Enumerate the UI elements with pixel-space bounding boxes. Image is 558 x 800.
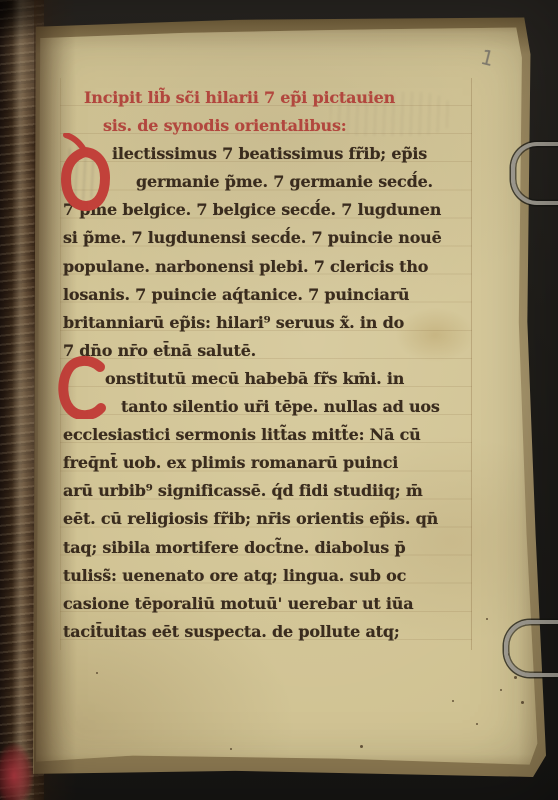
text-block: Incipit lib̃ sc̃i hilarii 7 ep̃i pictaui… — [63, 84, 477, 646]
text-line: ilectissimus 7 beatissimus fr̃ib; ep̃is — [63, 140, 477, 168]
text-line: germanie p̃me. 7 germanie secd́e. — [63, 168, 477, 196]
text-line: arū urbib⁹ significassē. q́d fidi studii… — [63, 477, 477, 505]
speck — [486, 618, 488, 620]
rubric-line: Incipit lib̃ sc̃i hilarii 7 ep̃i pictaui… — [63, 84, 477, 112]
speck — [500, 689, 502, 691]
text-line: britanniarū ep̃is: hilari⁹ seruus x̃. in… — [63, 309, 477, 337]
text-line: 7 dn̄o nr̄o et̄nā salutē. — [63, 337, 477, 365]
text-line: tacit̄uitas eēt suspecta. de pollute atq… — [63, 618, 477, 646]
text-line: si p̃me. 7 lugdunensi secd́e. 7 puincie … — [63, 224, 477, 252]
initial-D-icon: D — [56, 133, 115, 219]
text-line: freq̄nt̄ uob. ex plimis romanarū puinci — [63, 449, 477, 477]
speck — [452, 700, 454, 702]
speck — [96, 672, 98, 674]
text-line: tanto silentio ur̄i tēpe. nullas ad uos — [63, 393, 477, 421]
speck — [514, 676, 517, 679]
text-line: eēt. cū religiosis fr̃ib; nr̄is orientis… — [63, 505, 477, 533]
text-line: onstitutū mecū habebā fr̃s km̄i. in — [63, 365, 477, 393]
text-line: taq; sibila mortifere doct̃ne. diabolus … — [63, 534, 477, 562]
speck — [230, 748, 232, 750]
text-line: populane. narbonensi plebi. 7 clericis t… — [63, 253, 477, 281]
metal-clip-icon — [511, 142, 558, 205]
manuscript-photo: 1 D C Incipit lib̃ sc̃i hilarii 7 ep̃i p… — [0, 0, 558, 800]
text-line: losanis. 7 puincie aq́tanice. 7 puinciar… — [63, 281, 477, 309]
speck — [476, 723, 478, 725]
text-line: 7 p̃me belgice. 7 belgice secd́e. 7 lugd… — [63, 196, 477, 224]
speck — [360, 745, 363, 748]
speck — [521, 701, 524, 704]
text-line: ecclesiastici sermonis litt̃as mitt̃e: N… — [63, 421, 477, 449]
rubric-line: sis. de synodis orientalibus: — [63, 112, 477, 140]
initial-C-icon: C — [58, 355, 111, 423]
metal-clip-icon — [504, 620, 558, 677]
text-line: tuliss̃: uenenato ore atq; lingua. sub o… — [63, 562, 477, 590]
text-line: casione tēporaliū motuū' uerebar ut iūa — [63, 590, 477, 618]
